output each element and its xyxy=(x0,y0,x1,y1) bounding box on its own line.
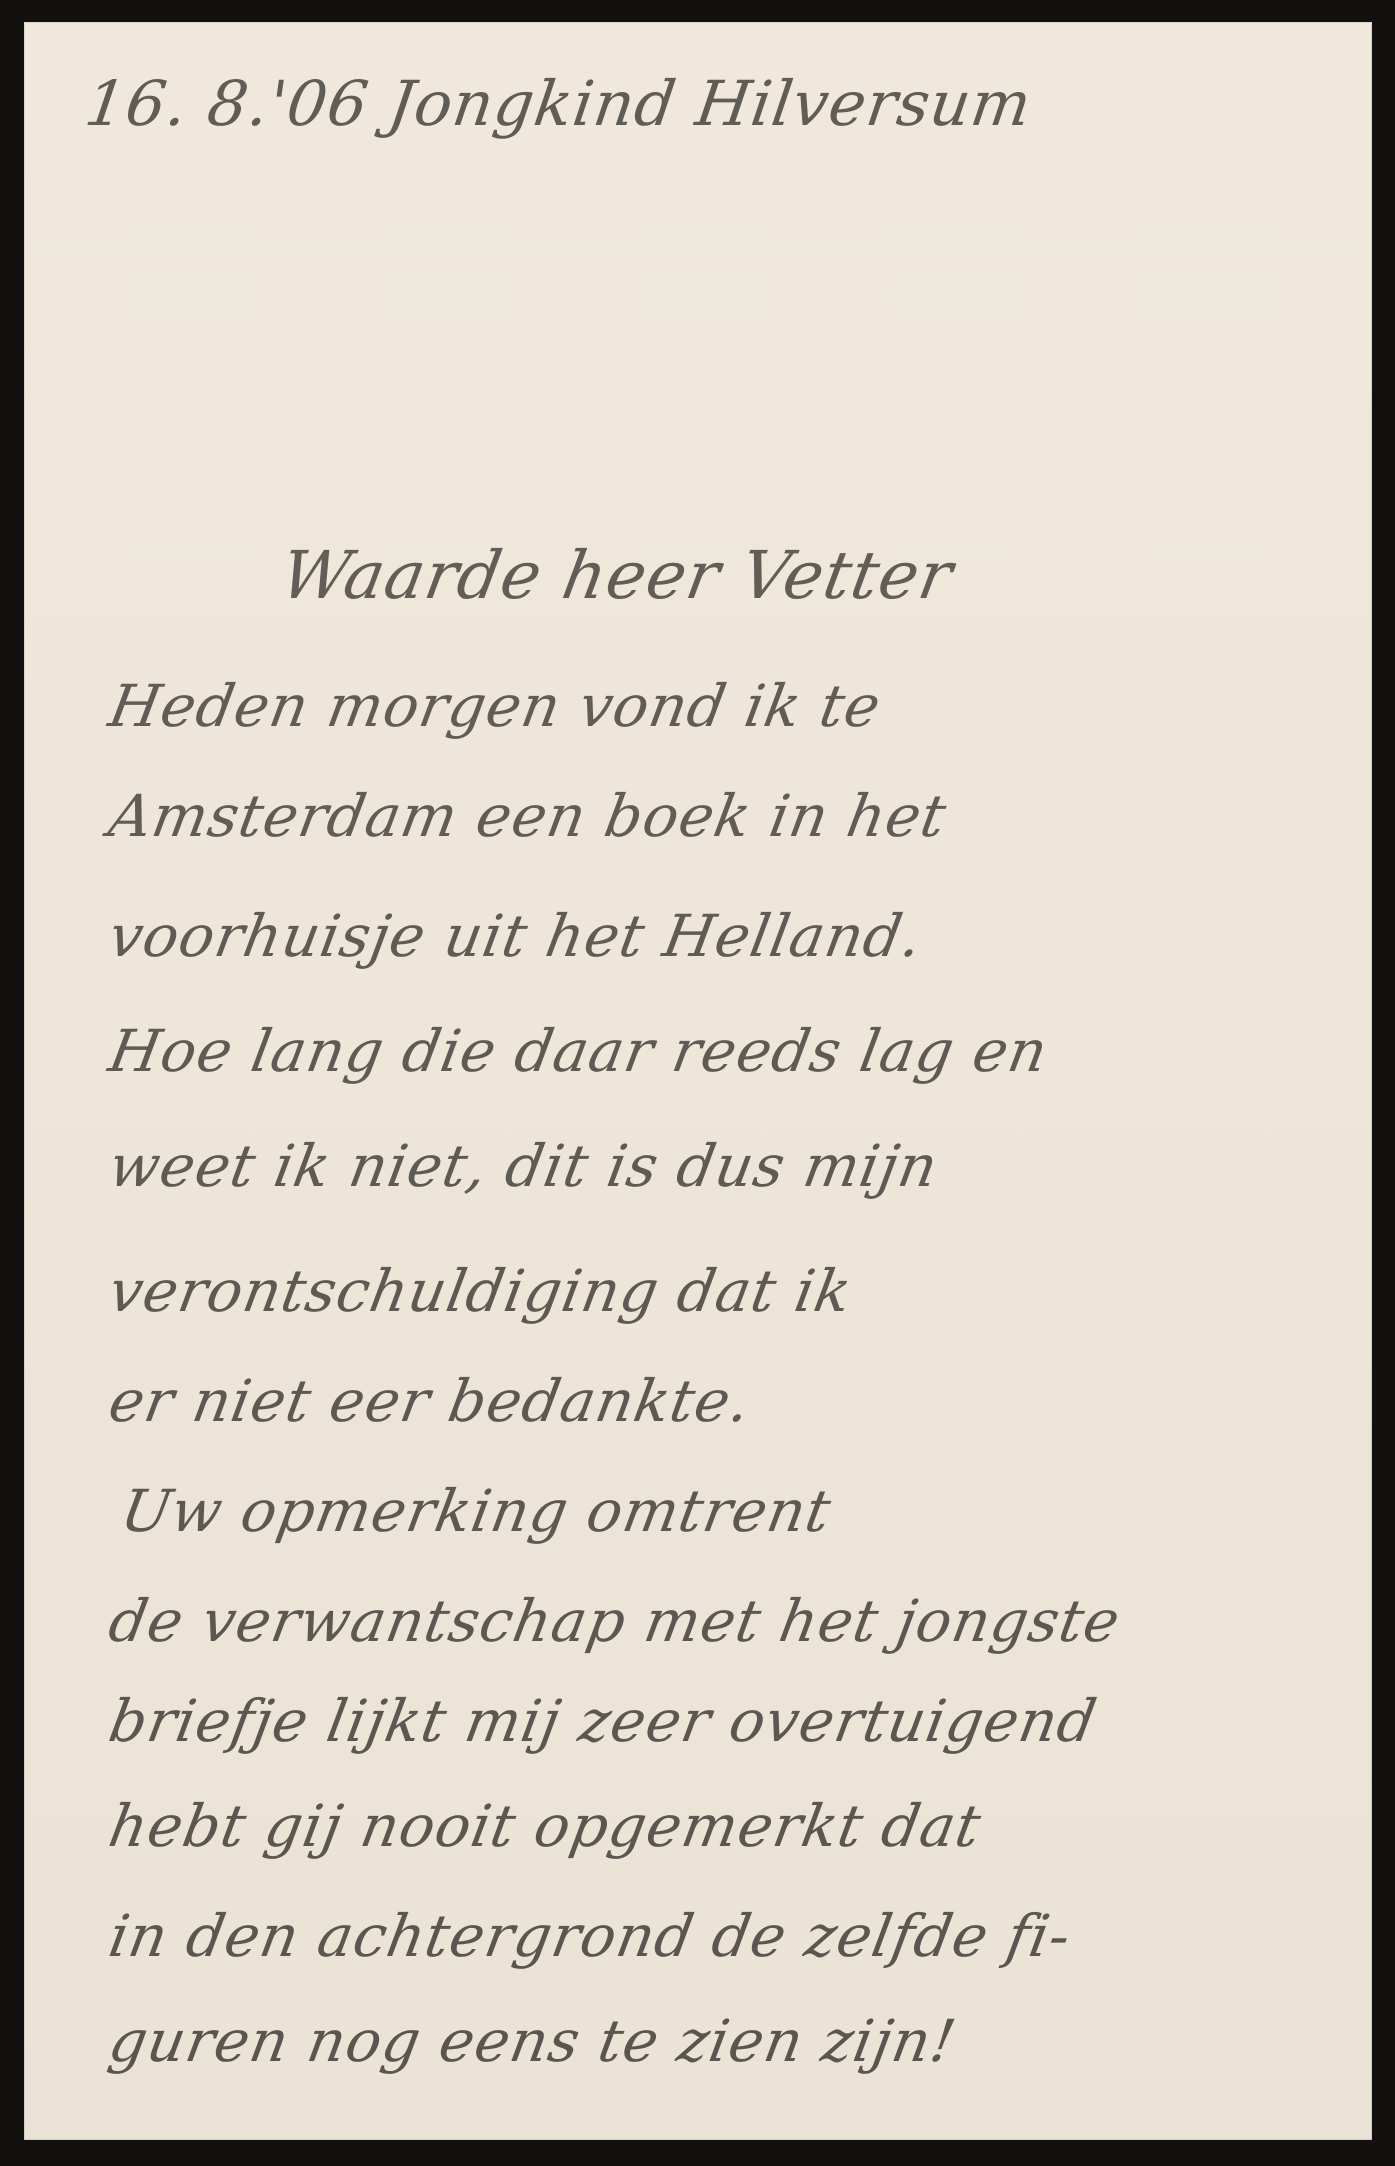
letter-body-line: hebt gij nooit opgemerkt dat xyxy=(104,1792,987,1860)
letter-body-line: Hoe lang die daar reeds lag en xyxy=(104,1017,1053,1085)
letter-salutation: Waarde heer Vetter xyxy=(275,537,959,614)
letter-body-line: de verwantschap met het jongste xyxy=(104,1587,1126,1655)
letter-body-line: Uw opmerking omtrent xyxy=(116,1477,837,1545)
letter-body-line: voorhuisje uit het Helland. xyxy=(104,902,928,970)
letter-dateline: 16. 8.'06 Jongkind Hilversum xyxy=(81,67,1037,140)
letter-body-line: weet ik niet, dit is dus mijn xyxy=(104,1132,943,1200)
letter-body-line: Heden morgen vond ik te xyxy=(104,672,886,740)
letter-body-line: er niet eer bedankte. xyxy=(104,1367,756,1435)
letter-body-line: verontschuldiging dat ik xyxy=(104,1257,857,1325)
letter-body-line: guren nog eens te zien zijn! xyxy=(104,2007,961,2075)
letter-page: 16. 8.'06 Jongkind Hilversum Waarde heer… xyxy=(24,22,1372,2140)
letter-body-line: briefje lijkt mij zeer overtuigend xyxy=(104,1687,1102,1755)
letter-body-line: in den achtergrond de zelfde fi- xyxy=(104,1902,1076,1970)
letter-body-line: Amsterdam een boek in het xyxy=(104,782,952,850)
